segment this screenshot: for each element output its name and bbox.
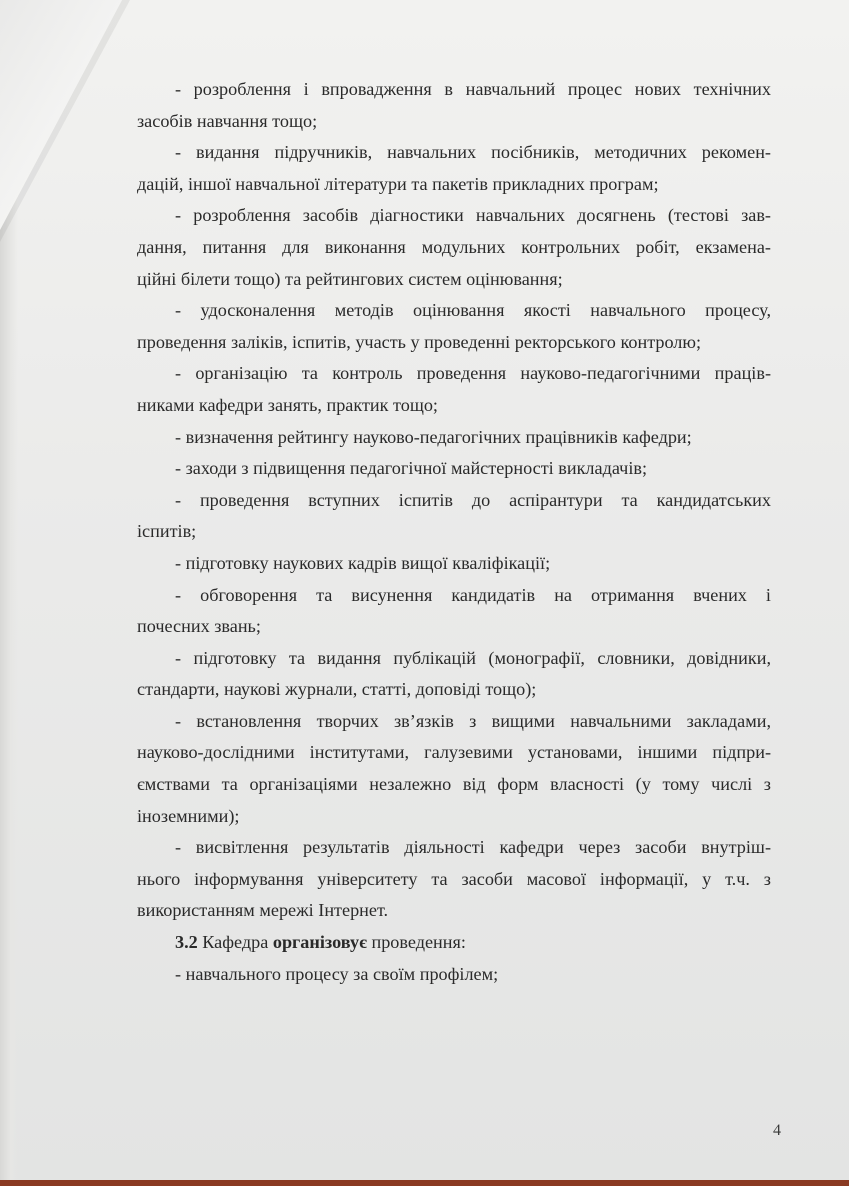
text-line: - розроблення засобів діагностики навчал… <box>137 200 771 232</box>
section-item: - навчального процесу за своїм профілем; <box>137 959 771 991</box>
text-line: - встановлення творчих зв’язків з вищими… <box>137 706 771 738</box>
text-line: іспитів; <box>137 516 771 548</box>
text-line: ційні білети тощо) та рейтингових систем… <box>137 264 771 296</box>
body-text: - розроблення і впровадження в навчальни… <box>137 74 771 990</box>
section-number: 3.2 <box>175 932 198 952</box>
text-line: - визначення рейтингу науково-педагогічн… <box>137 422 771 454</box>
section-heading: 3.2 Кафедра організовує проведення: <box>137 927 771 959</box>
document-page: - розроблення і впровадження в навчальни… <box>0 0 849 1180</box>
text-line: засобів навчання тощо; <box>137 106 771 138</box>
text-line: іноземними); <box>137 801 771 833</box>
text-line: - висвітлення результатів діяльності каф… <box>137 832 771 864</box>
text-line: проведення заліків, іспитів, участь у пр… <box>137 327 771 359</box>
text-line: - розроблення і впровадження в навчальни… <box>137 74 771 106</box>
text-line: нього інформування університету та засоб… <box>137 864 771 896</box>
text-line: - обговорення та висунення кандидатів на… <box>137 580 771 612</box>
text-line: - заходи з підвищення педагогічної майст… <box>137 453 771 485</box>
section-verb: організовує <box>273 932 367 952</box>
text-line: - видання підручників, навчальних посібн… <box>137 137 771 169</box>
text-line: никами кафедри занять, практик тощо; <box>137 390 771 422</box>
text-line: почесних звань; <box>137 611 771 643</box>
text-line: дацій, іншої навчальної літератури та па… <box>137 169 771 201</box>
text-line: ємствами та організаціями незалежно від … <box>137 769 771 801</box>
text-line: дання, питання для виконання модульних к… <box>137 232 771 264</box>
section-rest: проведення: <box>371 932 465 952</box>
text-line: - підготовку та видання публікацій (моно… <box>137 643 771 675</box>
text-line: - удосконалення методів оцінювання якост… <box>137 295 771 327</box>
text-line: використанням мережі Інтернет. <box>137 895 771 927</box>
section-subject: Кафедра <box>202 932 268 952</box>
text-line: науково-дослідними інститутами, галузеви… <box>137 737 771 769</box>
page-number: 4 <box>773 1122 781 1140</box>
text-line: стандарти, наукові журнали, статті, допо… <box>137 674 771 706</box>
text-line: - організацію та контроль проведення нау… <box>137 358 771 390</box>
text-line: - підготовку наукових кадрів вищої квалі… <box>137 548 771 580</box>
text-line: - проведення вступних іспитів до аспіран… <box>137 485 771 517</box>
